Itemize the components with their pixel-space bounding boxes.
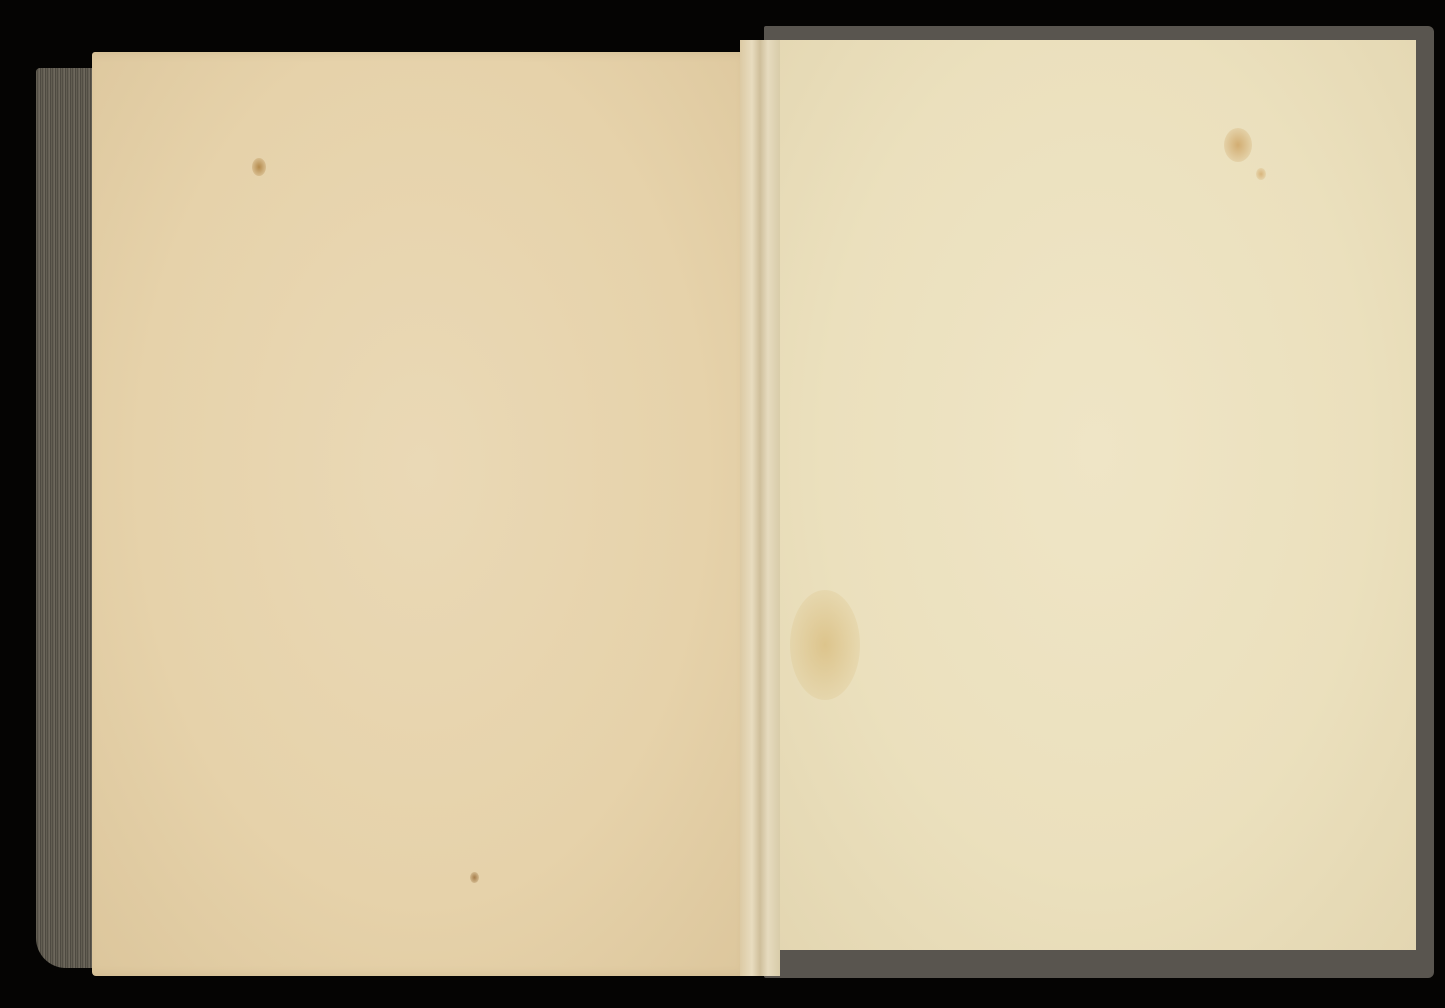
foxing-spot [1224, 128, 1252, 162]
book-spine-gutter [740, 40, 780, 976]
open-book-photo [0, 0, 1445, 1008]
foxing-spot [1256, 168, 1266, 180]
foxing-spot [790, 590, 860, 700]
page-edges [36, 68, 98, 968]
foxing-spot [252, 158, 266, 176]
right-blank-page [776, 40, 1416, 950]
left-blank-page [92, 52, 752, 976]
foxing-spot [470, 872, 479, 883]
